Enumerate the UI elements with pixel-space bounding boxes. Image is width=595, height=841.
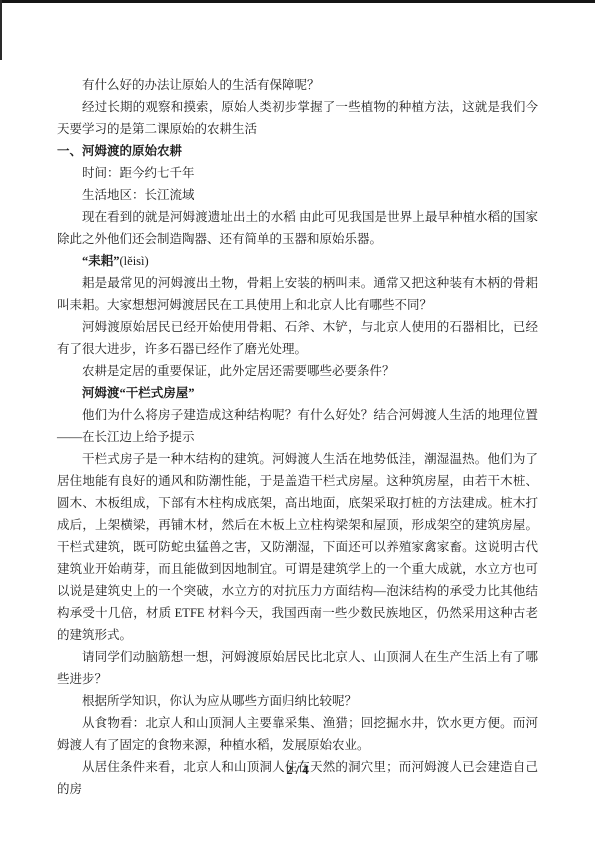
text-run: 根据所学知识，你认为应从哪些方面归纳比较呢？ bbox=[82, 694, 357, 708]
text-run: 农耕是定居的重要保证，此外定居还需要哪些必要条件？ bbox=[82, 364, 395, 378]
text-run: 耜是最常见的河姆渡出土物，骨耜上安装的柄叫耒。通常又把这种装有木柄的骨耜叫耒耜。… bbox=[57, 276, 538, 312]
paragraph: 经过长期的观察和摸索，原始人类初步掌握了一些植物的种植方法，这就是我们今天要学习… bbox=[57, 96, 538, 140]
text-run: 经过长期的观察和摸索，原始人类初步掌握了一些植物的种植方法，这就是我们今天要学习… bbox=[57, 100, 538, 136]
paragraph: 他们为什么将房子建造成这种结构呢？有什么好处？结合河姆渡人生活的地理位置——在长… bbox=[57, 404, 538, 448]
paragraph: 农耕是定居的重要保证，此外定居还需要哪些必要条件？ bbox=[57, 360, 538, 382]
text-run: 河姆渡“干栏式房屋” bbox=[82, 386, 195, 400]
text-run: 他们为什么将房子建造成这种结构呢？有什么好处？结合河姆渡人生活的地理位置——在长… bbox=[57, 408, 538, 444]
page-left-edge bbox=[0, 0, 2, 60]
paragraph: 根据所学知识，你认为应从哪些方面归纳比较呢？ bbox=[57, 690, 538, 712]
section-heading: 一、河姆渡的原始农耕 bbox=[57, 140, 538, 162]
text-run: “耒耜” bbox=[82, 254, 120, 268]
text-run: 有什么好的办法让原始人的生活有保障呢？ bbox=[82, 78, 320, 92]
document-page: 有什么好的办法让原始人的生活有保障呢？经过长期的观察和摸索，原始人类初步掌握了一… bbox=[0, 0, 595, 841]
text-run: 从食物看：北京人和山顶洞人主要靠采集、渔猎；回挖掘水井，饮水更方便。而河姆渡人有… bbox=[57, 716, 538, 752]
text-run: (lěisì) bbox=[120, 254, 149, 268]
paragraph: 时间：距今约七千年 bbox=[57, 162, 538, 184]
paragraph: 有什么好的办法让原始人的生活有保障呢？ bbox=[57, 74, 538, 96]
paragraph: 生活地区：长江流域 bbox=[57, 184, 538, 206]
paragraph: 请同学们动脑筋想一想，河姆渡原始居民比北京人、山顶洞人在生产生活上有了哪些进步？ bbox=[57, 646, 538, 690]
page-number: 2 / 4 bbox=[0, 763, 595, 778]
text-run: 干栏式房子是一种木结构的建筑。河姆渡人生活在地势低洼，潮湿温热。他们为了居住地能… bbox=[57, 452, 538, 642]
paragraph: 从食物看：北京人和山顶洞人主要靠采集、渔猎；回挖掘水井，饮水更方便。而河姆渡人有… bbox=[57, 712, 538, 756]
text-run: 生活地区：长江流域 bbox=[82, 188, 195, 202]
paragraph: 耜是最常见的河姆渡出土物，骨耜上安装的柄叫耒。通常又把这种装有木柄的骨耜叫耒耜。… bbox=[57, 272, 538, 316]
term-line: “耒耜”(lěisì) bbox=[57, 250, 538, 272]
text-run: 时间：距今约七千年 bbox=[82, 166, 195, 180]
page-top-edge bbox=[0, 0, 595, 3]
text-run: 请同学们动脑筋想一想，河姆渡原始居民比北京人、山顶洞人在生产生活上有了哪些进步？ bbox=[57, 650, 538, 686]
text-run: 现在看到的就是河姆渡遗址出土的水稻 由此可见我国是世界上最早种植水稻的国家除此之… bbox=[57, 210, 538, 246]
subsection-heading: 河姆渡“干栏式房屋” bbox=[57, 382, 538, 404]
paragraph: 现在看到的就是河姆渡遗址出土的水稻 由此可见我国是世界上最早种植水稻的国家除此之… bbox=[57, 206, 538, 250]
text-run: 河姆渡原始居民已经开始使用骨耜、石斧、木铲，与北京人使用的石器相比，已经有了很大… bbox=[57, 320, 538, 356]
document-body: 有什么好的办法让原始人的生活有保障呢？经过长期的观察和摸索，原始人类初步掌握了一… bbox=[57, 74, 538, 800]
text-run: 一、河姆渡的原始农耕 bbox=[57, 144, 182, 158]
paragraph: 河姆渡原始居民已经开始使用骨耜、石斧、木铲，与北京人使用的石器相比，已经有了很大… bbox=[57, 316, 538, 360]
paragraph: 干栏式房子是一种木结构的建筑。河姆渡人生活在地势低洼，潮湿温热。他们为了居住地能… bbox=[57, 448, 538, 646]
